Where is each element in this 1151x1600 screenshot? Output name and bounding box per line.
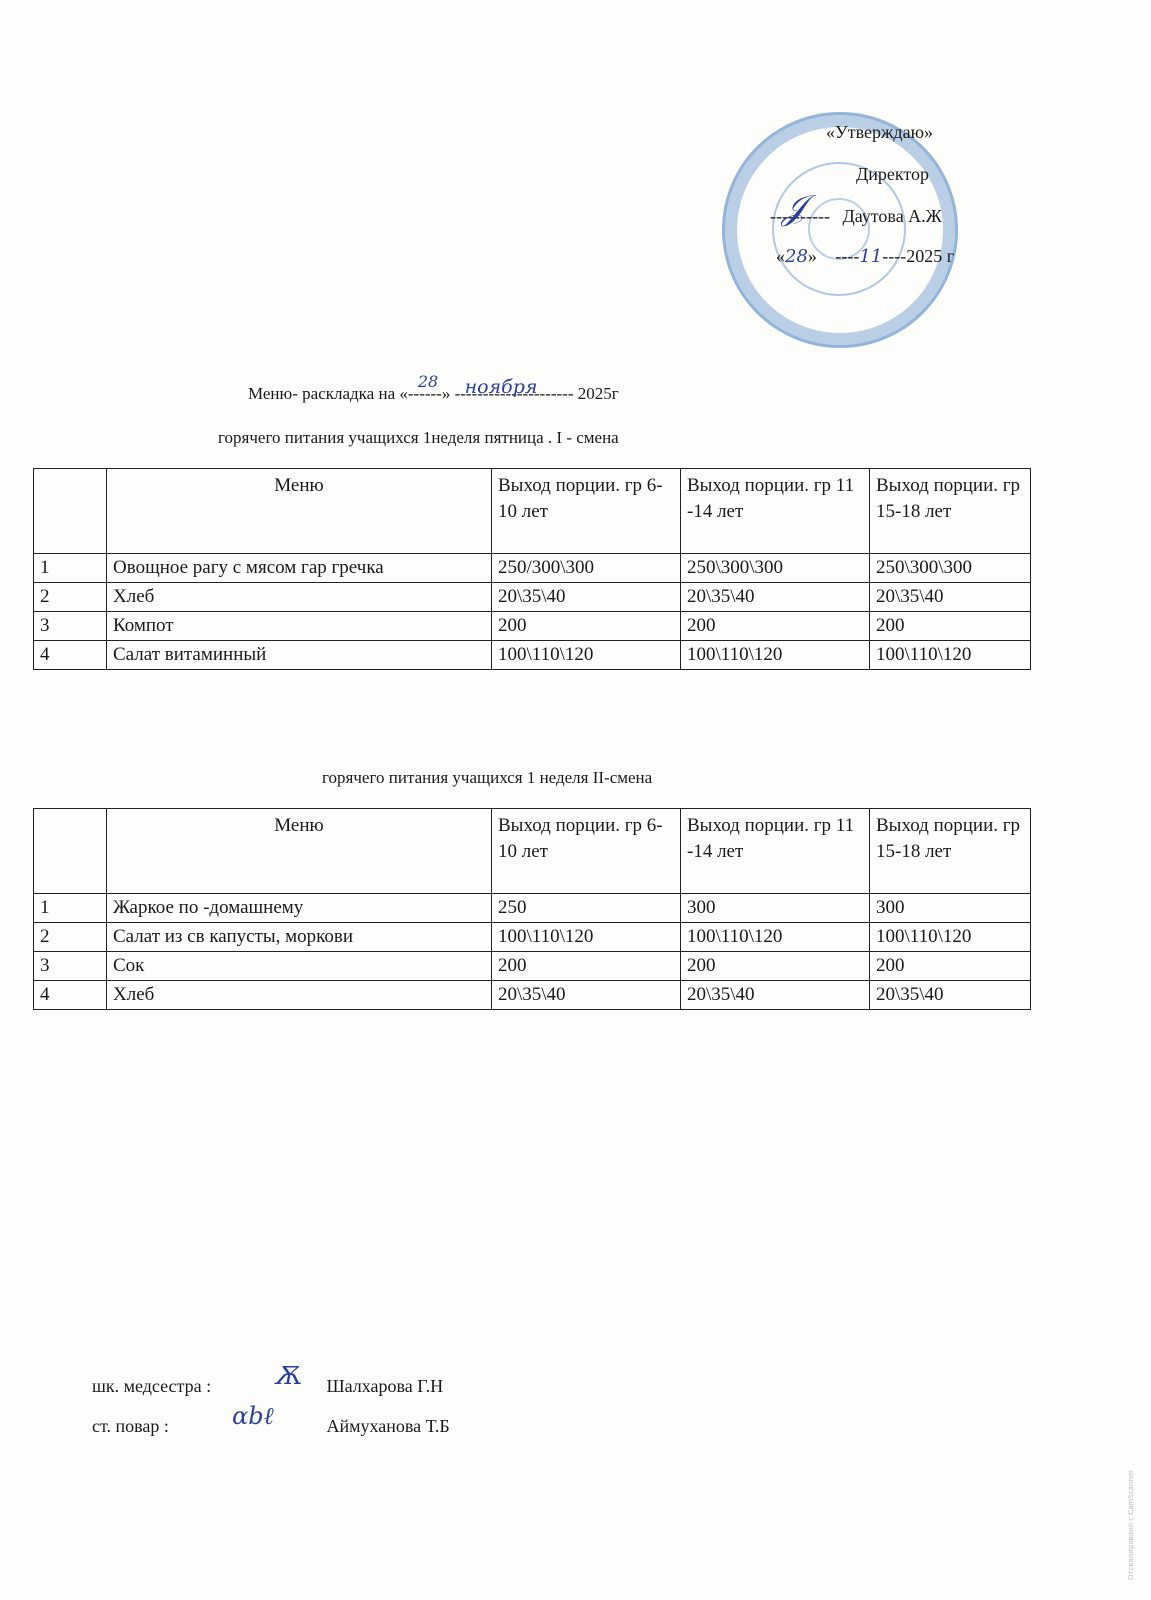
nurse-name: Шалхарова Г.Н xyxy=(327,1376,444,1396)
director-name: Даутова А.Ж xyxy=(842,206,941,226)
shift1-subtitle: горячего питания учащихся 1неделя пятниц… xyxy=(218,428,619,448)
nurse-signature: Ѫ xyxy=(274,1362,301,1390)
approval-month-handwritten: 11 xyxy=(859,246,882,267)
table-row: 1Жаркое по -домашнему250300300 xyxy=(34,894,1031,923)
header-11-14: Выход порции. гр 11 -14 лет xyxy=(681,469,870,554)
cook-role: ст. повар : xyxy=(92,1416,322,1437)
document-title: Меню- раскладка на «------28» ----------… xyxy=(248,384,619,404)
header-menu: Меню xyxy=(107,809,492,894)
approval-day-handwritten: 28 xyxy=(785,246,808,267)
approver-position: Директор xyxy=(856,164,929,185)
approval-year: 2025 г xyxy=(906,246,954,266)
header-6-10: Выход порции. гр 6-10 лет xyxy=(492,809,681,894)
table-row: 3Компот200200200 xyxy=(34,612,1031,641)
cook-signature-line: ст. повар : ɑbℓ Аймуханова Т.Б xyxy=(92,1416,450,1437)
table-row: 4Хлеб20\35\4020\35\4020\35\40 xyxy=(34,981,1031,1010)
director-signature: 𝒥 xyxy=(782,188,805,228)
header-6-10: Выход порции. гр 6-10 лет xyxy=(492,469,681,554)
header-15-18: Выход порции. гр 15-18 лет xyxy=(870,469,1031,554)
header-menu: Меню xyxy=(107,469,492,554)
header-15-18: Выход порции. гр 15-18 лет xyxy=(870,809,1031,894)
table-row: 2Хлеб20\35\4020\35\4020\35\40 xyxy=(34,583,1031,612)
title-month-handwritten: ноября xyxy=(465,376,538,398)
header-11-14: Выход порции. гр 11 -14 лет xyxy=(681,809,870,894)
shift2-subtitle: горячего питания учащихся 1 неделя II-см… xyxy=(322,768,652,788)
table-row: 2Салат из св капусты, моркови100\110\120… xyxy=(34,923,1031,952)
table-row: 1Овощное рагу с мясом гар гречка250/300\… xyxy=(34,554,1031,583)
approval-date: «28» ----11----2025 г xyxy=(776,246,954,267)
shift2-menu-table: Меню Выход порции. гр 6-10 лет Выход пор… xyxy=(33,808,1031,1010)
cook-signature: ɑbℓ xyxy=(232,1402,274,1431)
cook-name: Аймуханова Т.Б xyxy=(327,1416,450,1436)
table-header-row: Меню Выход порции. гр 6-10 лет Выход пор… xyxy=(34,809,1031,894)
shift1-menu-table: Меню Выход порции. гр 6-10 лет Выход пор… xyxy=(33,468,1031,670)
table-header-row: Меню Выход порции. гр 6-10 лет Выход пор… xyxy=(34,469,1031,554)
nurse-signature-line: шк. медсестра : Ѫ Шалхарова Г.Н xyxy=(92,1376,443,1397)
title-year: 2025г xyxy=(578,384,619,403)
table-row: 4Салат витаминный100\110\120100\110\1201… xyxy=(34,641,1031,670)
scanner-watermark: Отсканировано с CamScanner xyxy=(1127,1440,1141,1580)
table-row: 3Сок200200200 xyxy=(34,952,1031,981)
title-day-handwritten: 28 xyxy=(418,372,438,391)
approve-label: «Утверждаю» xyxy=(826,122,933,143)
